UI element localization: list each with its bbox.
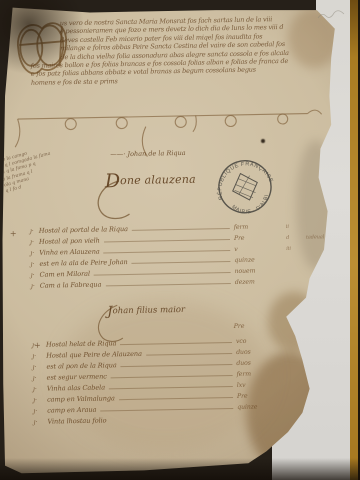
margin-note-line: la q la fama p q [0, 151, 77, 177]
heading-text: Johan de la Riqua [127, 149, 185, 158]
row-label: est al pon de la Riqua [41, 361, 116, 370]
leader-line [100, 407, 233, 412]
bottom-shadow [0, 458, 360, 480]
row-label: Hostal al pon vielh [39, 237, 100, 246]
row-label: Hostal al portal de la Riqua [39, 225, 128, 235]
margin-note-line: pro la camgo [0, 139, 74, 165]
leader-line [132, 260, 231, 264]
row-mark: ȷ· [33, 407, 42, 415]
section-heading-small: ——· Johan de la Riqua [110, 149, 185, 158]
leader-line [111, 374, 233, 378]
initial-tail-flourish [91, 177, 140, 226]
row-value: duos [236, 359, 288, 367]
row-mark: ȷ· [30, 227, 39, 235]
leader-line [104, 249, 231, 253]
row-numeral: iii [286, 246, 306, 252]
ledger-row: ȷ·est en la ala de Peire Johanquinze [30, 251, 332, 268]
stain [60, 300, 270, 450]
margin-cross-mark: + [10, 229, 17, 238]
ledger-row: ȷ·Hostal al pon vielhPredtadeual [30, 229, 332, 246]
initial-tail-flourish [91, 301, 134, 348]
row-value: ferm [234, 223, 286, 231]
margin-note-line: ola q mana [4, 163, 81, 189]
closure-flourish [9, 100, 334, 150]
margin-annotation: pro la camgo m q l comgada la fama la q … [0, 139, 82, 195]
row-label: camp en Valmalunga [42, 394, 115, 403]
column-pre-value: Pre [234, 323, 245, 330]
margin-note-line: a la frama q l [2, 157, 79, 183]
row-numeral: d [286, 235, 306, 241]
row-value: nouem [235, 267, 287, 275]
row-mark: ȷ· [31, 271, 40, 279]
row-value: quinze [237, 403, 289, 411]
svg-text:MAIRIE · D'ALBI: MAIRIE · D'ALBI [229, 192, 274, 221]
row-mark: ȷ· [32, 341, 41, 349]
paragraph-line: homens e fos de sta e prims [31, 73, 327, 87]
row-label: Cam a la Fabrequa [40, 281, 102, 290]
row-mark: ȷ· [31, 282, 40, 290]
leader-line [132, 227, 230, 231]
book-edge-strip [350, 0, 358, 480]
row-label: est en la ala de Peire Johan [39, 258, 127, 268]
row-value: duos [236, 348, 288, 356]
heading-initial: J [107, 304, 113, 319]
ledger-row: ȷ·Hostal al portal de la Riquafermii [30, 218, 332, 235]
ledger-row: ȷ·est al pon de la Riquaduos [32, 354, 334, 371]
ink-spot [261, 139, 265, 143]
leader-line [104, 238, 230, 242]
row-mark: ȷ· [33, 396, 42, 404]
leader-line [120, 341, 232, 345]
section-heading-large: Done alauzena [105, 168, 196, 191]
row-mark: ȷ· [30, 238, 39, 246]
row-mark: ȷ· [30, 249, 39, 257]
row-numeral: ii [286, 224, 306, 230]
ledger-row: ȷ·Cam en Miloralnouem [31, 262, 333, 279]
ledger-row: ȷ·Vinha alas Cabelalxv [33, 376, 335, 393]
row-label: Vinha en Alauzena [39, 248, 100, 257]
ledger-row: ȷ·Vinha en Alauzenaviii [30, 240, 332, 257]
row-value: quinze [234, 256, 286, 264]
ledger-row: ȷ·Hostal que Peire de Alauzenaduos [32, 343, 334, 360]
ledger-row: ȷ·camp en Arauaquinze [33, 398, 335, 415]
leader-line [146, 352, 232, 356]
row-mark: ȷ· [33, 418, 42, 426]
row-label: Vinha alas Cabela [42, 383, 105, 392]
photo-frame: us vero de nostra Sancta Maria Monsrat f… [0, 0, 360, 480]
ledger-row: ȷ·est segur vermencferm [32, 365, 334, 382]
ledger-row: ȷ·Hostal helat de Riquavco [32, 332, 334, 349]
paragraph-line: e fos patz folias abbans abbatz e votal … [31, 65, 327, 79]
row-value: ferm [237, 370, 289, 378]
leader-line [110, 419, 233, 422]
ledger-row: ȷ·Vinta lhostau folio [33, 409, 335, 426]
heading-text: ohan filius maior [112, 305, 185, 316]
heading-text: one alauzena [120, 173, 196, 187]
row-value [238, 421, 290, 422]
heading-initial: D [105, 170, 121, 192]
paragraph-line: fos maires bollon e fos folias brancas e… [31, 56, 327, 70]
leader-line [119, 396, 233, 400]
leader-dash: ——· [110, 150, 125, 158]
stamp-bottom-text: MAIRIE · D'ALBI [229, 192, 274, 221]
row-label: Vinta lhostau folio [42, 416, 106, 425]
stamp-top-text: RÉPUBLIQUE FRANÇAISE [209, 154, 274, 201]
row-value: vco [236, 337, 288, 345]
section-heading-medium: Johan filius maior [107, 297, 185, 319]
row-mark: ȷ· [33, 385, 42, 393]
row-mark: ȷ· [32, 352, 41, 360]
ledger-row: ȷ·Cam a la Fabrequadezem [31, 273, 333, 290]
row-mark: ȷ· [32, 363, 41, 371]
archive-stamp: RÉPUBLIQUE FRANÇAISE MAIRIE · D'ALBI [204, 146, 285, 227]
row-label: Cam en Miloral [40, 270, 90, 279]
row-mark: ȷ· [30, 260, 39, 268]
margin-note-line: q l fo d [5, 169, 82, 195]
leader-line [105, 282, 230, 286]
row-value: Pre [234, 234, 286, 242]
row-value: dezem [235, 278, 287, 286]
row-label: est segur vermenc [42, 372, 107, 381]
row-label: camp en Araua [42, 406, 96, 415]
leader-line [94, 271, 231, 276]
pencil-scribble [316, 8, 346, 24]
row-value: Pre [237, 392, 289, 400]
margin-cross-mark: + [34, 341, 41, 350]
row-value: v [234, 245, 286, 253]
margin-note-line: m q l comgada la fama [0, 145, 76, 171]
leader-line [109, 385, 233, 389]
paragraph-mark-flourish [134, 124, 155, 158]
ledger-block-2: ȷ·Hostal helat de Riquavco ȷ·Hostal que … [32, 332, 336, 426]
ledger-row: ȷ·camp en ValmalungaPre [33, 387, 335, 404]
row-label: Hostal helat de Riqua [41, 339, 117, 348]
row-label: Hostal que Peire de Alauzena [41, 350, 142, 360]
leader-line [121, 363, 233, 367]
ledger-block-1: ȷ·Hostal al portal de la Riquafermii ȷ·H… [30, 218, 333, 290]
svg-text:RÉPUBLIQUE FRANÇAISE: RÉPUBLIQUE FRANÇAISE [209, 154, 274, 201]
row-value: lxv [237, 381, 289, 389]
row-mark: ȷ· [33, 374, 42, 382]
